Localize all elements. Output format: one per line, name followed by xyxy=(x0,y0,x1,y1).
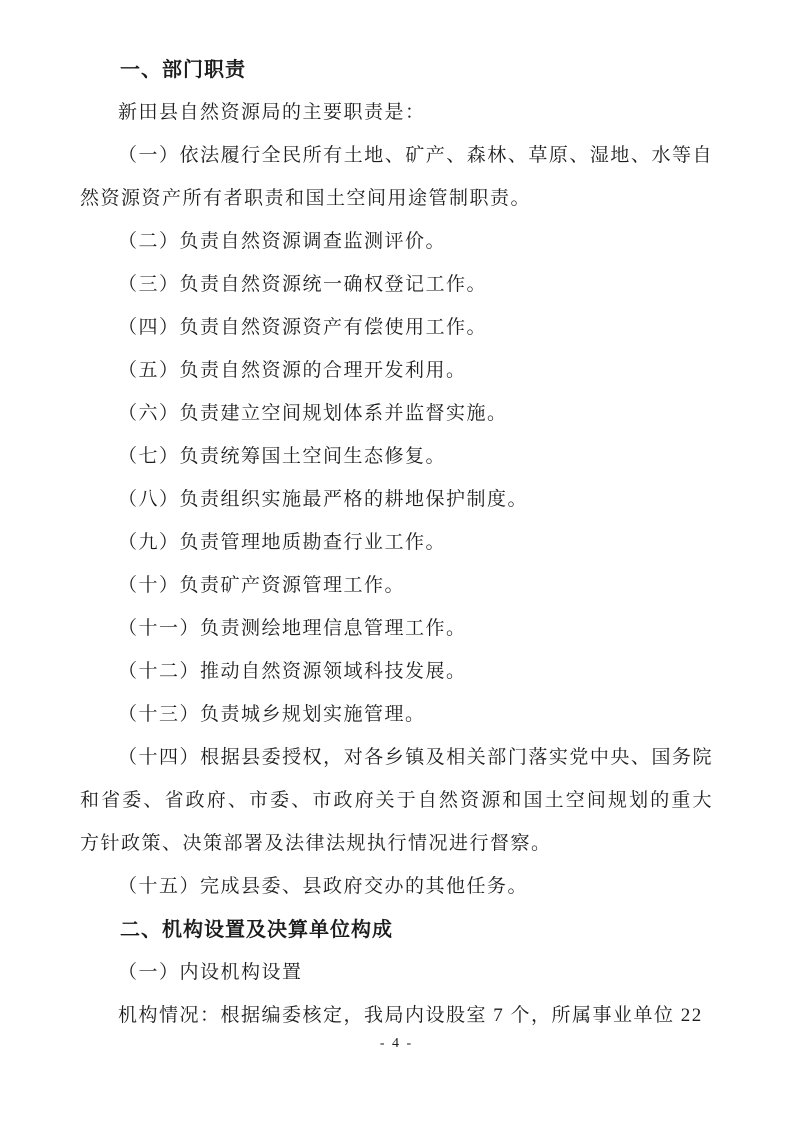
paragraph-duty-11: （十一）负责测绘地理信息管理工作。 xyxy=(80,607,713,650)
section-heading-2: 二、机构设置及决算单位构成 xyxy=(80,908,713,951)
paragraph-duty-6: （六）负责建立空间规划体系并监督实施。 xyxy=(80,392,713,435)
paragraph-intro: 新田县自然资源局的主要职责是： xyxy=(80,91,713,134)
document-body: 一、部门职责 新田县自然资源局的主要职责是： （一）依法履行全民所有土地、矿产、… xyxy=(80,48,713,1037)
paragraph-duty-13: （十三）负责城乡规划实施管理。 xyxy=(80,693,713,736)
paragraph-duty-14: （十四）根据县委授权，对各乡镇及相关部门落实党中央、国务院和省委、省政府、市委、… xyxy=(80,736,713,865)
paragraph-duty-15: （十五）完成县委、县政府交办的其他任务。 xyxy=(80,865,713,908)
paragraph-subsection-title: （一）内设机构设置 xyxy=(80,951,713,994)
paragraph-duty-2: （二）负责自然资源调查监测评价。 xyxy=(80,220,713,263)
paragraph-org-overview: 机构情况：根据编委核定，我局内设股室 7 个，所属事业单位 22 xyxy=(80,994,713,1037)
paragraph-duty-1: （一）依法履行全民所有土地、矿产、森林、草原、湿地、水等自然资源资产所有者职责和… xyxy=(80,134,713,220)
paragraph-duty-10: （十）负责矿产资源管理工作。 xyxy=(80,564,713,607)
document-page: 一、部门职责 新田县自然资源局的主要职责是： （一）依法履行全民所有土地、矿产、… xyxy=(0,0,793,1122)
page-number: - 4 - xyxy=(0,1036,793,1052)
paragraph-duty-12: （十二）推动自然资源领域科技发展。 xyxy=(80,650,713,693)
paragraph-duty-7: （七）负责统筹国土空间生态修复。 xyxy=(80,435,713,478)
section-heading-1: 一、部门职责 xyxy=(80,48,713,91)
paragraph-duty-8: （八）负责组织实施最严格的耕地保护制度。 xyxy=(80,478,713,521)
paragraph-duty-9: （九）负责管理地质勘查行业工作。 xyxy=(80,521,713,564)
paragraph-duty-5: （五）负责自然资源的合理开发利用。 xyxy=(80,349,713,392)
paragraph-duty-4: （四）负责自然资源资产有偿使用工作。 xyxy=(80,306,713,349)
paragraph-duty-3: （三）负责自然资源统一确权登记工作。 xyxy=(80,263,713,306)
